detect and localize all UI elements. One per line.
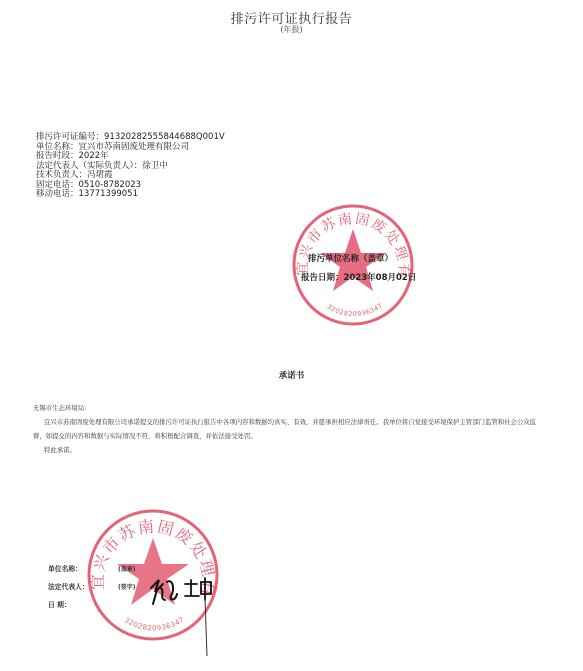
sign-unit-hint: (盖章) bbox=[118, 564, 136, 573]
commitment-addressee: 无锡市生态环境局： bbox=[33, 403, 91, 412]
sign-rep-hint: (签字) bbox=[118, 582, 136, 591]
report-info-block: 排污许可证编号：91320282555844688Q001V 单位名称：宜兴市苏… bbox=[36, 133, 225, 200]
report-subtitle: (年报) bbox=[0, 24, 583, 35]
handwritten-signature bbox=[145, 568, 225, 658]
mobile-phone: 移动电话：13771399051 bbox=[36, 190, 225, 200]
commitment-body-line1: 宜兴市苏南固废处理有限公司承诺提交的排污许可证执行报告中各项内容和数据均真实、有… bbox=[44, 417, 583, 426]
sign-rep-label: 法定代表人： bbox=[48, 581, 89, 591]
commitment-title: 承诺书 bbox=[0, 369, 583, 381]
signature-icon bbox=[145, 568, 225, 658]
seal-graphic-icon: 宜兴市苏南固废处理有限公司 3202820936347 bbox=[291, 203, 415, 327]
commitment-body-line2: 督，如提交的内容和数据与实际情况不符，将积极配合调查，并依法接受处罚。 bbox=[33, 431, 257, 440]
report-date: 报告日期：2023年08月02日 bbox=[301, 271, 416, 283]
unit-stamp-label: 排污单位名称（盖章） bbox=[308, 252, 393, 264]
company-seal-top: 宜兴市苏南固废处理有限公司 3202820936347 bbox=[291, 203, 415, 327]
svg-text:3202820936347: 3202820936347 bbox=[326, 301, 385, 318]
commitment-closing: 特此承诺。 bbox=[44, 445, 76, 454]
sign-date-label: 日 期： bbox=[48, 599, 71, 609]
sign-unit-label: 单位名称： bbox=[48, 563, 82, 573]
